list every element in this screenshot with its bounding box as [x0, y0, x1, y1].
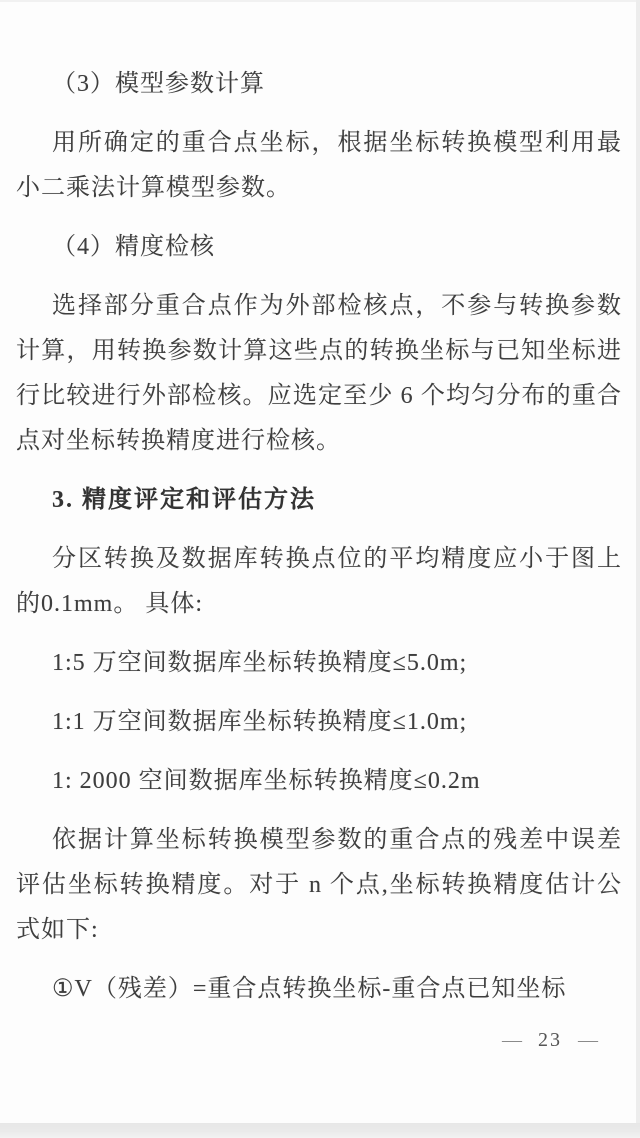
scan-edge-top	[0, 0, 640, 2]
paragraph-residual-error: 依据计算坐标转换模型参数的重合点的残差中误差评估坐标转换精度。对于 n 个点,坐…	[16, 818, 622, 953]
subheading-model-parameter-calc: （3）模型参数计算	[16, 62, 622, 107]
scan-edge-right	[636, 0, 640, 1123]
paragraph-least-squares: 用所确定的重合点坐标，根据坐标转换模型利用最小二乘法计算模型参数。	[16, 121, 622, 211]
section-heading-accuracy-evaluation: 3. 精度评定和评估方法	[16, 478, 622, 523]
spec-line-1-10000: 1:1 万空间数据库坐标转换精度≤1.0m;	[16, 700, 622, 745]
paragraph-external-check: 选择部分重合点作为外部检核点，不参与转换参数计算，用转换参数计算这些点的转换坐标…	[16, 284, 622, 464]
paragraph-average-accuracy: 分区转换及数据库转换点位的平均精度应小于图上的0.1mm。 具体:	[16, 537, 622, 627]
spec-line-1-50000: 1:5 万空间数据库坐标转换精度≤5.0m;	[16, 641, 622, 686]
scanned-document-page: { "page": { "background_color": "#fdfdfd…	[0, 0, 640, 1138]
footer-dash-left: —	[502, 1030, 522, 1050]
footer-dash-right: —	[578, 1030, 598, 1050]
scan-strip-bottom	[0, 1123, 640, 1138]
document-body: （3）模型参数计算 用所确定的重合点坐标，根据坐标转换模型利用最小二乘法计算模型…	[0, 0, 640, 1138]
formula-residual: ①V（残差）=重合点转换坐标-重合点已知坐标	[16, 967, 622, 1012]
spec-line-1-2000: 1: 2000 空间数据库坐标转换精度≤0.2m	[16, 759, 622, 804]
subheading-accuracy-check: （4）精度检核	[16, 225, 622, 270]
page-number: 23	[538, 1030, 562, 1050]
page-footer: — 23 —	[502, 1030, 598, 1050]
